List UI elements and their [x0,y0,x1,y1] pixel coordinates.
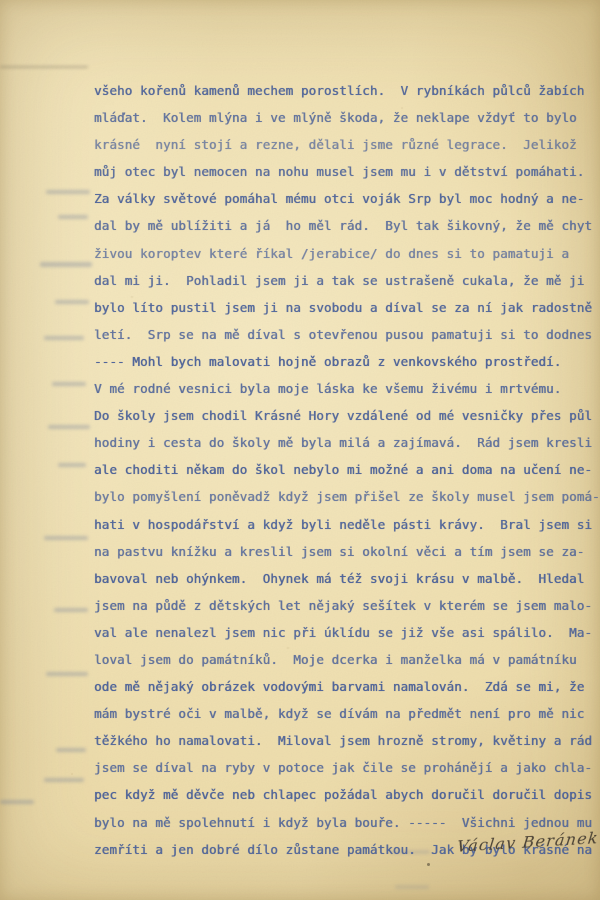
typed-text: všeho kořenů kamenů mechem porostlích. V… [94,77,600,863]
bleed-mark [44,778,84,782]
typed-line: loval jsem do památníků. Moje dcerka i m… [94,646,600,673]
typed-line: bavoval neb ohýnkem. Ohynek má též svoji… [94,565,600,592]
typed-line: krásné nyní stojí a rezne, dělali jsme r… [94,131,600,158]
typed-line: pec když mě děvče neb chlapec požádal ab… [94,781,600,808]
ink-dot [427,863,430,866]
typed-line: dal mi ji. Pohladil jsem ji a tak se ust… [94,267,600,294]
typed-line: všeho kořenů kamenů mechem porostlích. V… [94,77,600,104]
pencil-line [0,66,88,68]
bleed-mark [58,463,86,467]
typed-line: na pastvu knížku a kreslil jsem si okoln… [94,538,600,565]
bleed-mark [55,300,89,304]
bleed-mark [54,608,88,612]
typed-line: hodiny i cesta do školy mě byla milá a z… [94,429,600,456]
typed-line: ---- Mohl bych malovati hojně obrazů z v… [94,348,600,375]
bleed-mark [0,800,34,804]
typed-line: jsem se díval na ryby v potoce jak čile … [94,754,600,781]
bleed-mark [46,672,88,676]
typed-line: těžkého ho namalovati. Miloval jsem hroz… [94,727,600,754]
typed-line: letí. Srp se na mě díval s otevřenou pus… [94,321,600,348]
typed-line: V mé rodné vesnici byla moje láska ke vš… [94,375,600,402]
typed-line: hati v hospodářství a když byli neděle p… [94,511,600,538]
scanned-letter-page: všeho kořenů kamenů mechem porostlích. V… [0,0,600,900]
typed-line: ale choditi někam do škol nebylo mi možn… [94,456,600,483]
typed-line: bylo pomyšlení poněvadž když jsem přišel… [94,483,600,510]
typed-line: živou koroptev které říkal /jerabice/ do… [94,240,600,267]
typed-line: mláďat. Kolem mlýna i ve mlýně škoda, že… [94,104,600,131]
typed-line: dal by mě ublížiti a já ho měl rád. Byl … [94,212,600,239]
bleed-mark [395,885,429,889]
bleed-mark [44,536,88,540]
typed-line: jsem na půdě z dětských let nějaký sešít… [94,592,600,619]
bleed-mark [44,336,84,340]
bleed-mark [40,262,92,267]
bleed-mark [52,382,86,386]
bleed-mark [56,748,86,752]
bleed-mark [48,425,90,429]
typed-line: Za války světové pomáhal mému otci voják… [94,185,600,212]
typed-line: ode mě nějaký obrázek vodovými barvami n… [94,673,600,700]
bleed-mark [46,190,90,194]
typed-line: mám bystré oči v malbě, když se dívám na… [94,700,600,727]
typed-line: Do školy jsem chodil Krásné Hory vzdálen… [94,402,600,429]
typed-line: bylo líto pustil jsem ji na svobodu a dí… [94,294,600,321]
typed-line: můj otec byl nemocen na nohu musel jsem … [94,158,600,185]
typed-line: bylo na mě spolehnutí i když byla bouře.… [94,809,600,836]
typed-line: val ale nenalezl jsem nic při úklídu se … [94,619,600,646]
bleed-mark [58,215,88,219]
